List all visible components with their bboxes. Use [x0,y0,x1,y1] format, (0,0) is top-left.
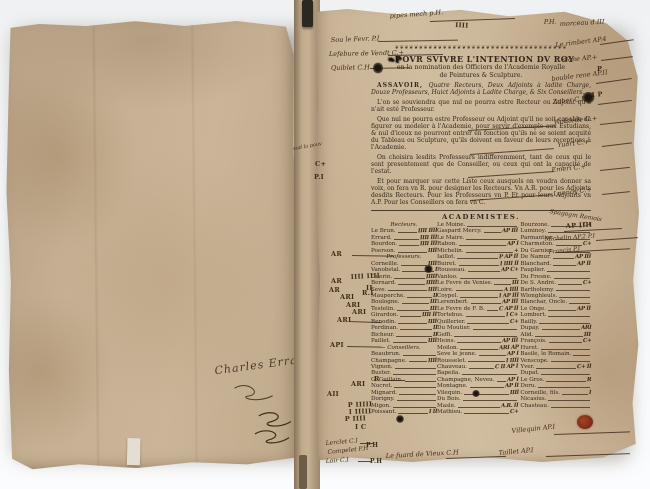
academist-name: Mathieu. [437,409,462,415]
leader-line [459,265,499,266]
handwriting-annotation: P.H [366,442,378,449]
leader-line [497,381,506,382]
doc-title-text: OVR SVIVRE L'INTENTION DV ROY [402,54,574,64]
leader-line [553,265,576,266]
vote-marks: AP C+ [501,267,519,274]
leader-line [400,316,421,317]
leader-line [393,374,436,375]
leader-line [459,245,506,246]
leader-line [405,381,436,382]
handwriting-annotation: R [374,376,380,383]
leader-line [460,349,497,350]
ink-blot [424,265,433,273]
leader-line [471,303,502,304]
handwriting-annotation: AP IIII [566,222,593,230]
leader-line [457,258,498,259]
leader-line [539,323,590,324]
ink-blot [396,415,404,423]
leader-line [467,226,517,227]
leader-line [466,316,506,317]
leader-line [457,342,501,343]
leader-line [409,361,427,362]
leader-line [487,310,498,311]
leader-line [463,400,518,401]
vote-marks: III [512,280,519,287]
leader-line [398,284,425,285]
leader-line [462,374,517,375]
leader-line [468,271,500,272]
leader-line [456,290,503,291]
leader-line [470,387,504,388]
leader-line [398,323,427,324]
handwriting-annotation: C+ [315,161,326,168]
vote-marks: IIII [509,390,518,397]
leader-line [541,374,590,375]
academist-name: Poissant. [371,409,396,415]
handwriting-annotation: P.H. [544,19,557,26]
left-page: Charles Erra [5,19,300,469]
leader-line [460,278,518,279]
vote-marks: AP I [507,351,519,358]
academist-row: Poissant.I II [371,409,437,415]
leader-line [466,252,514,253]
leader-line [400,329,431,330]
leader-line [551,407,590,408]
academists-column: Le Moine.Gaspard Mercy.AP IIILe Maire.Ra… [437,222,518,416]
vote-marks: C+ [583,338,592,345]
leader-line [473,329,518,330]
leader-line [396,336,431,337]
shelf-label [127,438,141,465]
leader-line [547,271,590,272]
leader-line [402,303,430,304]
assavoir-label: ASSAVOIR, [377,82,429,89]
leader-line [460,297,497,298]
vote-marks: IIII [428,248,437,255]
leader-line [397,310,429,311]
vote-marks: C+ II [577,364,592,371]
leader-line [562,394,588,395]
pen-stroke [383,380,405,381]
binding-cord-top [302,0,313,27]
handwriting-annotation: ARI [340,294,354,301]
leader-line [549,342,582,343]
academist-name: Paillet. [371,338,391,344]
leader-line [538,387,590,388]
academists-column: Recteurs.Le Brun.IIII IIIIErrard.IIII II… [371,222,437,416]
academist-row: Chasteau. [520,403,591,409]
leader-line [551,361,590,362]
vote-marks: R [587,377,591,384]
signature-flourish [228,377,299,448]
handwriting-annotation: Lefebure de Vendt C.+ [329,50,404,58]
handwriting-annotation: AR [331,251,342,258]
leader-line [469,368,494,369]
leader-line [558,284,582,285]
vote-marks: ARI [580,325,591,332]
leader-line [399,394,436,395]
leader-line [554,278,590,279]
vote-marks: AP II [577,260,591,267]
vote-marks: AP II [577,306,591,313]
wax-seal [577,415,593,429]
leader-line [542,329,580,330]
leader-line [468,361,504,362]
leader-line [467,323,509,324]
leader-line [407,297,432,298]
academist-row: Mathieu.C+ [437,409,518,415]
vote-marks: C+ [583,241,592,248]
handwriting-annotation: API [330,342,344,349]
leader-line [458,407,500,408]
handwriting-annotation: P IIII [345,415,366,423]
leader-line [536,368,575,369]
handwriting-annotation: R.I [362,290,374,297]
leader-line [393,342,428,343]
leader-line [398,232,417,233]
handwriting-annotation: Loir C.I [326,456,349,465]
leader-line [464,413,509,414]
vote-marks: I [435,267,437,274]
vote-marks: IIII [428,357,437,364]
handwriting-annotation: ARI [351,381,365,388]
vote-marks: I [589,390,591,397]
academist-name: Chasteau. [520,403,548,409]
binding-spine [294,0,320,489]
handwriting-annotation: AII [327,391,339,398]
vote-marks: II [432,325,437,332]
handwriting-annotation: ARI [337,317,351,324]
handwriting-annotation: ARI [352,309,366,316]
manuscript-photo: Charles Erra ❦❦❦❦❦❦❦❦❦❦❦❦❦❦❦❦❦❦❦❦❦❦❦❦❦❦❦… [0,0,650,489]
vote-marks: I II [429,409,437,416]
leader-line [548,400,590,401]
leader-line [398,252,428,253]
ink-blot [373,62,383,74]
leader-line [403,355,436,356]
leader-line [479,355,506,356]
ink-blot [582,92,595,103]
leader-line [559,297,590,298]
ink-blot [472,390,480,397]
assavoir-paragraph: ASSAVOIR, Quatre Recteurs, Deux Adjoints… [371,82,591,96]
leader-line [541,349,590,350]
leader-line [553,258,574,259]
vote-marks: IIIII [426,280,437,287]
leader-line [494,284,510,285]
leader-line [398,413,427,414]
leader-line [464,394,508,395]
leader-line [394,387,436,388]
vote-marks: C+ [583,280,592,287]
handwriting-annotation: Quiblet C.H [331,64,370,72]
leader-line [535,336,583,337]
vote-marks: C+ [510,319,519,326]
leader-line [548,316,590,317]
vote-marks: C II AP I [495,364,518,371]
leader-line [401,265,427,266]
leader-line [569,303,590,304]
handwriting-annotation: IIII [455,22,469,30]
handwriting-annotation: P.I [314,174,324,181]
handwriting-annotation: AR [331,278,342,285]
handwriting-annotation: P.H [370,458,382,465]
binding-cord-bottom [299,455,307,489]
leader-line [548,310,576,311]
vote-marks: AP III [502,228,518,235]
handwriting-annotation: I C [355,424,366,431]
leader-line [399,245,419,246]
leader-line [394,278,425,279]
leader-line [397,400,436,401]
leader-line [454,336,517,337]
leader-line [556,290,590,291]
leader-line [388,290,427,291]
leader-line [484,232,502,233]
vote-marks: IIII [428,338,437,345]
leader-line [546,381,585,382]
leader-line [393,407,436,408]
leader-line [395,368,436,369]
leader-line [466,239,517,240]
handwriting-annotation: AR [329,287,340,294]
leader-line [394,239,419,240]
leader-line [573,355,590,356]
vote-marks: C+ [510,409,519,416]
